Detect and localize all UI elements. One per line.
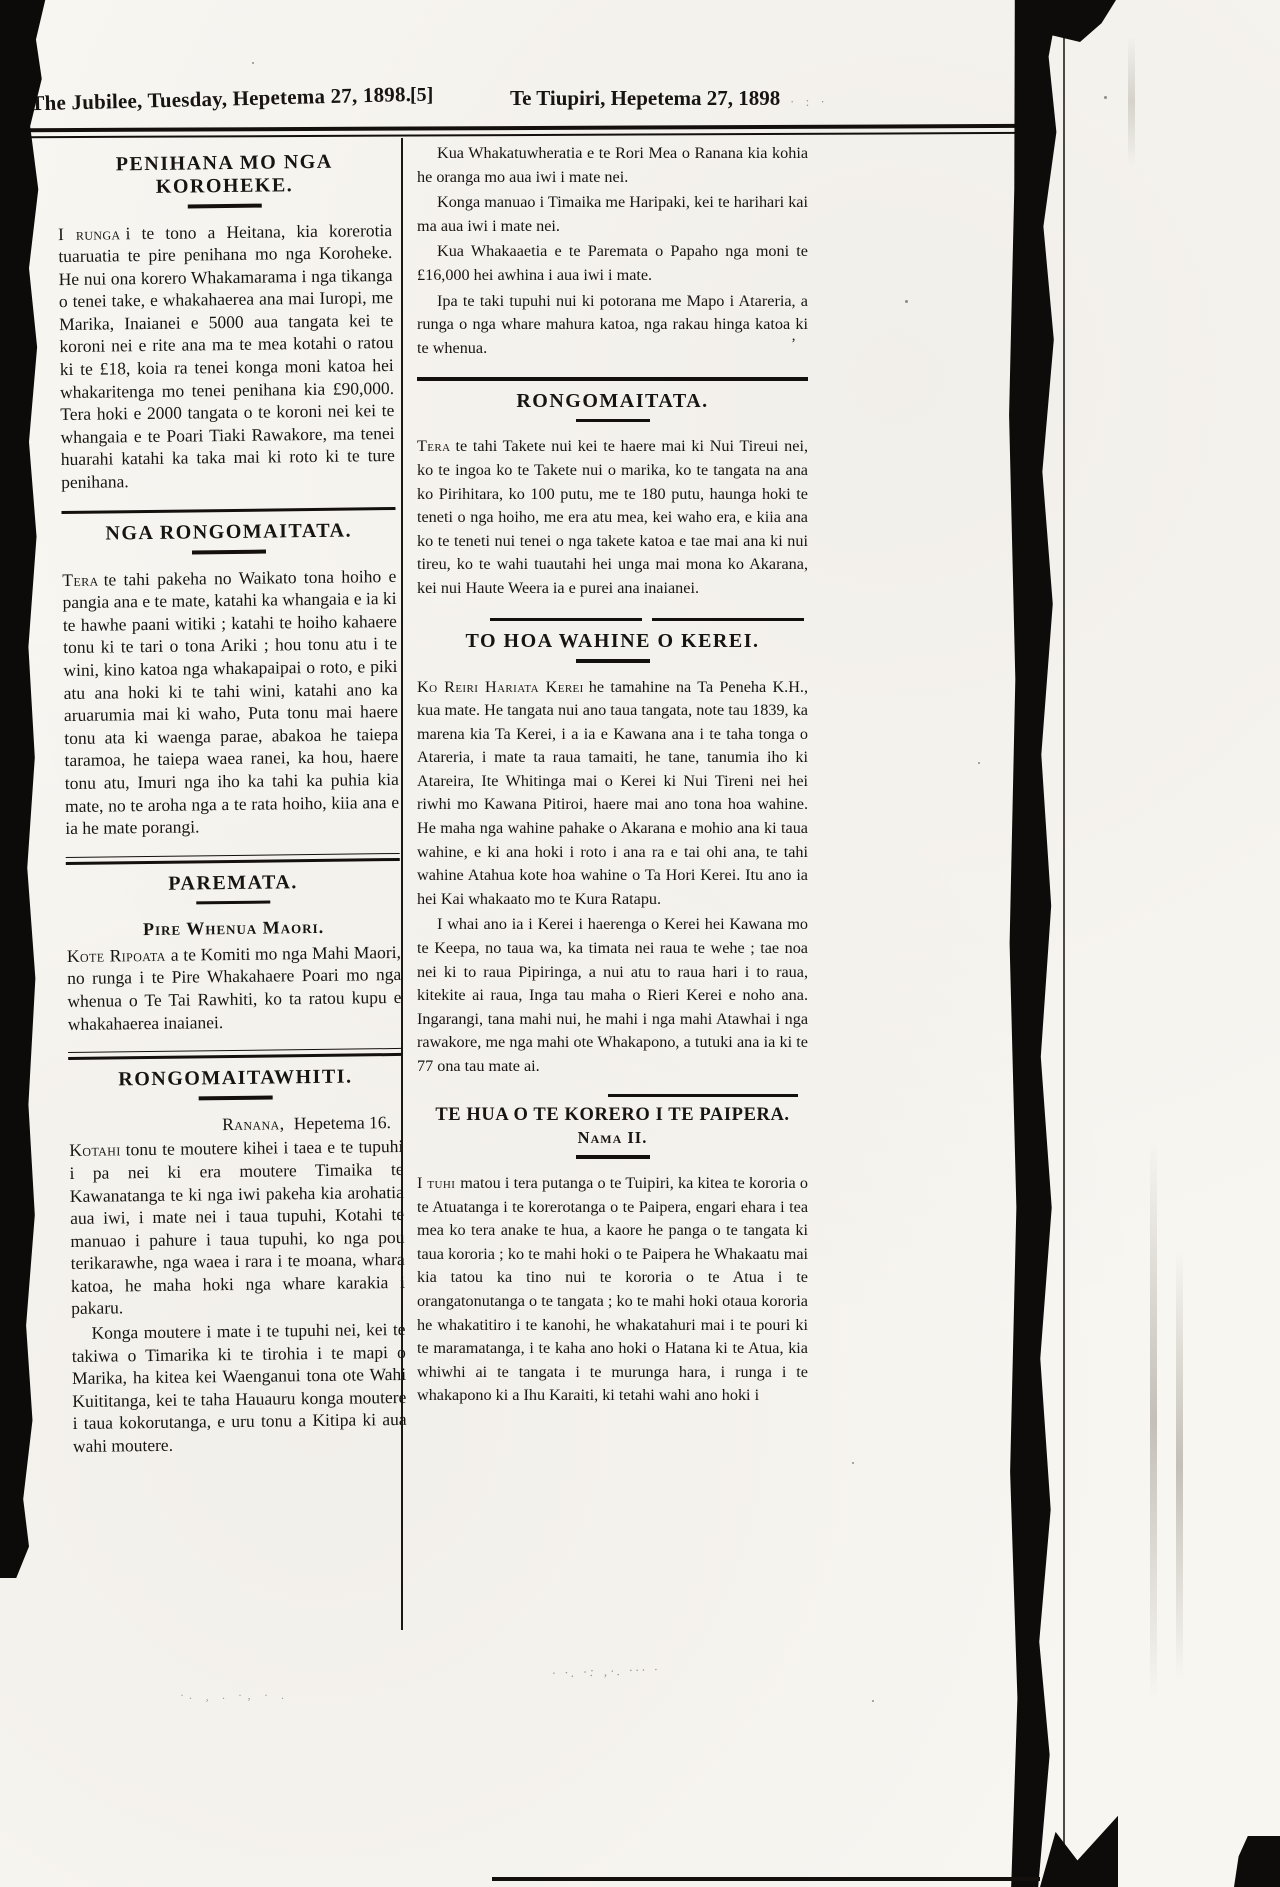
news-item: Ipa te taki tupuhi nui ki potorana me Ma… <box>417 290 808 361</box>
article-title: RONGOMAITAWHITI. <box>68 1065 402 1092</box>
paragraph-text: i te tono a Heitana, kia korerotia tuaru… <box>58 219 395 492</box>
paragraph-lead: I runga <box>58 223 121 244</box>
scan-speck <box>252 62 254 64</box>
dateline: Ranana, Hepetema 16. <box>69 1111 403 1138</box>
paragraph-text: tonu te moutere kihei i taea e te tupuhi… <box>69 1136 405 1318</box>
paragraph: Konga moutere i mate i te tupuhi nei, ke… <box>71 1318 407 1458</box>
article-title: TO HOA WAHINE O KEREI. <box>417 630 808 653</box>
paragraph: Kote Ripoataa te Komiti mo nga Mahi Maor… <box>67 941 402 1035</box>
article-te-hua-o-te-korero: TE HUA O TE KORERO I TE PAIPERA. Nama II… <box>417 1105 808 1408</box>
paragraph: Terate tahi pakeha no Waikato tona hoiho… <box>62 565 399 840</box>
heading-rule <box>576 659 650 663</box>
section-divider-rule <box>66 853 400 865</box>
section-divider-rule <box>68 1048 402 1060</box>
article-to-hoa-wahine-o-kerei: TO HOA WAHINE O KEREI. Ko Reiri Hariata … <box>417 630 808 1079</box>
scan-speck <box>872 1700 874 1702</box>
scan-speck <box>852 1462 854 1464</box>
article-title: TE HUA O TE KORERO I TE PAIPERA. <box>417 1105 808 1126</box>
paragraph-text: Konga manuao i Timaika me Haripaki, kei … <box>417 193 808 235</box>
scan-smudge: · : · <box>790 94 829 110</box>
article-subtitle: Nama II. <box>417 1126 808 1150</box>
dateline-date: Hepetema 16. <box>289 1112 391 1133</box>
scan-artifact-left-edge <box>0 0 58 1578</box>
heading-rule <box>199 1096 273 1100</box>
heading-rule <box>188 204 262 208</box>
scan-speck <box>1104 96 1107 99</box>
section-divider-rule <box>417 377 808 381</box>
paragraph: Terate tahi Takete nui kei te haere mai … <box>417 435 808 600</box>
scan-artifact-dots: ·. ¸ . ·‚ · . <box>180 1688 400 1703</box>
section-divider-rule <box>608 1094 798 1097</box>
article-title: PAREMATA. <box>66 870 400 897</box>
right-column: Kua Whakatuwheratia e te Rori Mea o Rana… <box>417 142 808 1410</box>
paragraph-lead: I tuhi <box>417 1174 455 1192</box>
section-divider-rule-broken <box>490 618 808 622</box>
news-item: Konga manuao i Timaika me Haripaki, kei … <box>417 191 808 238</box>
paragraph: I rungai te tono a Heitana, kia koreroti… <box>58 218 395 493</box>
paragraph-text: Kua Whakatuwheratia e te Rori Mea o Rana… <box>417 144 808 186</box>
section-divider-rule <box>61 507 395 515</box>
heading-rule <box>196 900 270 904</box>
scan-speck <box>905 300 908 303</box>
scan-artifact-binding-gutter <box>1007 0 1059 1887</box>
scan-artifact-bottom-rule <box>492 1877 1040 1881</box>
news-item: Kua Whakaaetia e te Paremata o Papaho ng… <box>417 240 808 287</box>
paragraph-text: Konga moutere i mate i te tupuhi nei, ke… <box>72 1319 407 1456</box>
masthead-rule <box>28 124 1036 138</box>
left-column: PENIHANA MO NGA KOROHEKE. I rungai te to… <box>57 142 407 1460</box>
article-rongomaitata: RONGOMAITATA. Terate tahi Takete nui kei… <box>417 390 808 601</box>
scan-artifact-streak <box>1176 1250 1183 1680</box>
scan-artifact-streak <box>1150 1140 1157 1700</box>
article-nga-rongomaitata: NGA RONGOMAITATA. Terate tahi pakeha no … <box>62 519 400 840</box>
heading-rule <box>576 419 650 423</box>
paragraph-lead: Kote Ripoata <box>67 945 166 966</box>
article-title: RONGOMAITATA. <box>417 390 808 413</box>
masthead-right-title: Te Tiupiri, Hepetema 27, 1898 <box>510 86 780 111</box>
paragraph: I whai ano ia i Kerei i haerenga o Kerei… <box>417 913 808 1078</box>
scan-artifact-handwriting: · ·. ·: ‚·. ··· · <box>552 1659 752 1682</box>
paragraph-text: Ipa te taki tupuhi nui ki potorana me Ma… <box>417 292 808 357</box>
paragraph: Kotahitonu te moutere kihei i taea e te … <box>69 1135 405 1320</box>
masthead-left-title: The Jubilee, Tuesday, Hepetema 27, 1898. <box>30 82 411 116</box>
paragraph-lead: Ko Reiri Hariata Kerei <box>417 678 584 696</box>
paragraph-text: te tahi pakeha no Waikato tona hoiho e p… <box>62 566 399 839</box>
scan-speck <box>978 762 980 764</box>
article-paremata: PAREMATA. Pire Whenua Maori. Kote Ripoat… <box>66 870 402 1036</box>
dateline-place: Ranana, <box>222 1113 284 1134</box>
heading-rule <box>576 1155 650 1159</box>
newspaper-page-scan: The Jubilee, Tuesday, Hepetema 27, 1898.… <box>0 0 1280 1887</box>
scan-artifact-apostrophe: ’ <box>791 336 796 353</box>
article-title: PENIHANA MO NGA KOROHEKE. <box>57 150 392 200</box>
page-number: [5] <box>410 84 433 107</box>
article-title: NGA RONGOMAITATA. <box>62 519 396 546</box>
scan-artifact-bottom-right-corner <box>1234 1836 1280 1887</box>
paragraph-text: matou i tera putanga o te Tuipiri, ka ki… <box>417 1174 808 1404</box>
paragraph: I tuhimatou i tera putanga o te Tuipiri,… <box>417 1172 808 1408</box>
article-penihana-mo-nga-koroheke: PENIHANA MO NGA KOROHEKE. I rungai te to… <box>57 150 395 494</box>
paragraph-text: Kua Whakaaetia e te Paremata o Papaho ng… <box>417 242 808 284</box>
news-item: Kua Whakatuwheratia e te Rori Mea o Rana… <box>417 142 808 189</box>
article-subtitle: Pire Whenua Maori. <box>66 915 400 942</box>
news-briefs: Kua Whakatuwheratia e te Rori Mea o Rana… <box>417 142 808 360</box>
paragraph-lead: Tera <box>417 437 451 455</box>
paragraph: Ko Reiri Hariata Kereihe tamahine na Ta … <box>417 676 808 912</box>
paragraph-text: te tahi Takete nui kei te haere mai ki N… <box>417 437 808 597</box>
heading-rule <box>192 550 266 554</box>
scan-artifact-streak <box>1128 36 1135 166</box>
scan-artifact-gutter-line <box>1063 0 1065 1887</box>
article-rongomaitawhiti: RONGOMAITAWHITI. Ranana, Hepetema 16. Ko… <box>68 1065 407 1457</box>
paragraph-text: he tamahine na Ta Peneha K.H., kua mate.… <box>417 678 808 908</box>
paragraph-lead: Tera <box>62 569 99 589</box>
scan-artifact-gutter-blob <box>1040 1792 1118 1887</box>
paragraph-text: I whai ano ia i Kerei i haerenga o Kerei… <box>417 915 808 1075</box>
paragraph-lead: Kotahi <box>69 1140 121 1161</box>
